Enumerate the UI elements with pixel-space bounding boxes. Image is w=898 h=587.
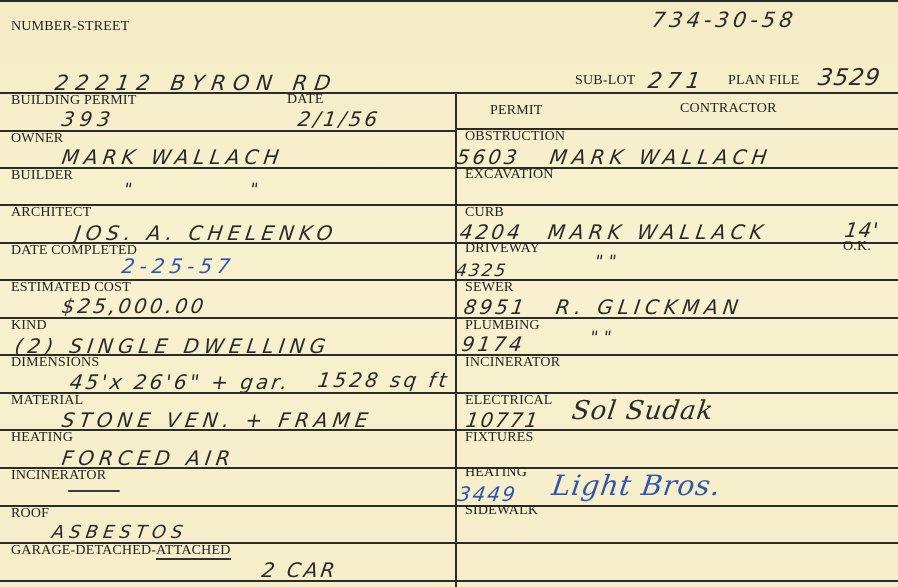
rule: [0, 204, 898, 206]
fixtures-label: FIXTURES: [465, 431, 534, 445]
obstruction-label: OBSTRUCTION: [465, 130, 565, 144]
owner-label: OWNER: [11, 132, 63, 146]
date-completed-label: DATE COMPLETED: [11, 244, 137, 258]
card-id: 734-30-58: [651, 10, 799, 31]
builder-label: BUILDER: [11, 169, 73, 183]
electrical-permit: 10771: [465, 410, 541, 430]
sewer-permit: 8951: [463, 297, 529, 317]
date-value: 2/1/56: [297, 109, 382, 129]
card-top-edge: [0, 0, 898, 2]
owner-value: MARK WALLACH: [61, 147, 286, 167]
material-label: MATERIAL: [11, 394, 83, 408]
heating-permit: 3449: [457, 484, 519, 504]
contractor-column-header: CONTRACTOR: [680, 102, 777, 116]
driveway-contractor-ditto: " ": [594, 254, 617, 271]
driveway-label: DRIVEWAY: [465, 242, 540, 256]
garage-label-detached: GARAGE-DETACHED-: [11, 543, 156, 558]
roof-label: ROOF: [11, 507, 49, 521]
building-permit-value: 393: [61, 109, 117, 129]
plumbing-permit: 9174: [461, 334, 527, 354]
dimensions-area: 1528 sq ft: [317, 370, 451, 390]
curb-note: 14': [844, 220, 881, 240]
garage-label: GARAGE-DETACHED-ATTACHED: [11, 544, 231, 558]
sub-lot-value: 271: [646, 71, 706, 93]
rule: [0, 279, 898, 281]
dimensions-label: DIMENSIONS: [11, 356, 99, 370]
obstruction-contractor: MARK WALLACH: [549, 147, 774, 167]
excavation-label: EXCAVATION: [465, 168, 554, 182]
sewer-label: SEWER: [465, 281, 513, 295]
estimated-cost-label: ESTIMATED COST: [11, 281, 131, 295]
estimated-cost-value: $25,000.00: [61, 296, 208, 316]
date-label: DATE: [287, 93, 324, 107]
heating-permit-label: HEATING: [465, 466, 527, 480]
building-permit-card: 734-30-58 NUMBER-STREET 22212 BYRON RD S…: [0, 0, 898, 587]
kind-value: (2) SINGLE DWELLING: [14, 336, 332, 356]
incinerator-permit-label: INCINERATOR: [465, 356, 560, 370]
number-street-label: NUMBER-STREET: [11, 20, 130, 34]
architect-label: ARCHITECT: [11, 206, 91, 220]
rule: [0, 580, 898, 582]
address-value: 22212 BYRON RD: [54, 73, 340, 94]
heating-value: FORCED AIR: [61, 448, 237, 468]
incinerator-label: INCINERATOR: [11, 469, 106, 483]
curb-label: CURB: [465, 206, 504, 220]
builder-ditto-1: ": [123, 182, 138, 199]
material-value: STONE VEN. + FRAME: [61, 410, 375, 430]
roof-value: ASBESTOS: [51, 524, 189, 542]
rule: [0, 505, 898, 507]
incinerator-dash-mark: [68, 490, 120, 492]
sub-lot-label: SUB-LOT: [575, 74, 636, 88]
plan-file-value: 3529: [816, 67, 882, 90]
plumbing-contractor-ditto: " ": [589, 330, 612, 347]
garage-value: 2 CAR: [261, 560, 339, 580]
date-completed-value: 2-25-57: [121, 256, 237, 276]
builder-ditto-2: ": [249, 182, 264, 199]
heating-contractor: Light Bros.: [550, 472, 723, 500]
curb-permit: 4204: [459, 222, 525, 242]
garage-label-attached: ATTACHED: [156, 543, 230, 560]
dimensions-value: 45'x 26'6" + gar.: [69, 372, 292, 392]
curb-status: O.K.: [843, 240, 871, 254]
permit-column-header: PERMIT: [490, 104, 543, 118]
heating-label: HEATING: [11, 431, 73, 445]
electrical-contractor: Sol Sudak: [570, 398, 715, 424]
kind-label: KIND: [11, 319, 47, 333]
building-permit-label: BUILDING PERMIT: [11, 94, 137, 108]
architect-value: JOS. A. CHELENKO: [74, 223, 339, 243]
plumbing-label: PLUMBING: [465, 319, 540, 333]
driveway-permit: 4325: [455, 263, 509, 280]
sewer-contractor: R. GLICKMAN: [555, 297, 745, 317]
obstruction-permit: 5603: [456, 147, 522, 167]
electrical-label: ELECTRICAL: [465, 394, 553, 408]
sidewalk-label: SIDEWALK: [465, 504, 538, 518]
plan-file-label: PLAN FILE: [728, 74, 799, 88]
curb-contractor: MARK WALLACK: [547, 222, 770, 242]
